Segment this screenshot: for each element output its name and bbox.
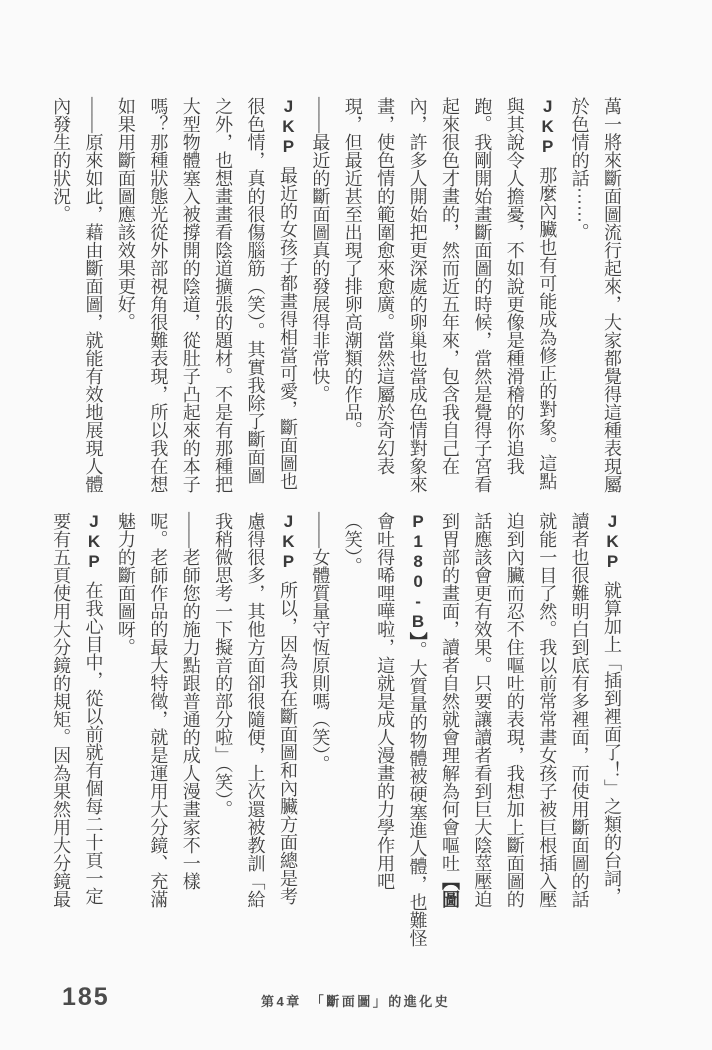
text-column: 大型物體塞入被撐開的陰道，從肚子凸起來的本子 [174, 97, 206, 497]
speaker-label: P180-B [409, 512, 428, 632]
text-segment: ——老師您的施力點跟普通的成人漫畫家不一樣 [181, 512, 201, 890]
text-column: 會吐得唏哩嘩啦，這就是成人漫畫的力學作用吧 [369, 512, 401, 912]
book-page: 萬一將來斷面圖流行起來，大家都覺得這種表現屬於色情的話⋯⋯。JKP那麼內臟也有可… [0, 0, 712, 1050]
text-segment: 【圖 [440, 872, 460, 908]
text-column: ——原來如此，藉由斷面圖，就能有效地展現人體 [77, 97, 109, 497]
text-segment: 到胃部的畫面，讀者自然就會理解為何會嘔吐 [440, 512, 460, 872]
text-column: 讀者也很難明白到底有多裡面，而使用斷面圖的話 [563, 512, 595, 912]
text-segment: 魅力的斷面圖呀。 [116, 512, 136, 656]
text-segment: 畫，使色情的範圍愈來愈廣。當然這屬於奇幻表 [375, 97, 395, 475]
text-column: P180-B】。大質量的物體被硬塞進人體，也難怪 [401, 512, 433, 912]
text-segment: 萬一將來斷面圖流行起來，大家都覺得這種表現屬 [602, 97, 622, 493]
text-segment: （笑）。 [343, 512, 363, 575]
text-segment: 就能一目了然。我以前常常畫女孩子被巨根插入壓 [537, 512, 557, 908]
text-column: 畫，使色情的範圍愈來愈廣。當然這屬於奇幻表 [369, 97, 401, 497]
text-segment: 慮得很多，其他方面卻很隨便，上次還被教訓「給 [246, 512, 266, 908]
text-column: JKP在我心目中，從以前就有個每二十頁一定 [77, 512, 109, 912]
text-segment: 於色情的話⋯⋯。 [570, 97, 590, 241]
text-segment: 與其說令人擔憂，不如說更像是種滑稽的你追我 [505, 97, 525, 475]
text-column: JKP就算加上「插到裡面了！」之類的台詞， [596, 512, 628, 912]
text-column: 與其說令人擔憂，不如說更像是種滑稽的你追我 [498, 97, 530, 497]
text-column: JKP所以，因為我在斷面圖和內臟方面總是考 [272, 512, 304, 912]
text-segment: ——最近的斷面圖真的發展得非常快。 [310, 97, 330, 403]
text-column: JKP最近的女孩子都畫得相當可愛，斷面圖也 [272, 97, 304, 497]
text-segment: 跑。我剛開始畫斷面圖的時候，當然是覺得子宮看 [472, 97, 492, 493]
text-segment: 】 [408, 632, 428, 641]
text-column: 之外，也想畫畫看陰道擴張的題材。不是有那種把 [207, 97, 239, 497]
text-segment: 起來很色才畫的，然而近五年來，包含我自己在 [440, 97, 460, 475]
text-segment: ——原來如此，藉由斷面圖，就能有效地展現人體 [84, 97, 104, 493]
text-column: （笑）。 [336, 512, 368, 912]
text-column: ——老師您的施力點跟普通的成人漫畫家不一樣 [174, 512, 206, 912]
text-column: 跑。我剛開始畫斷面圖的時候，當然是覺得子宮看 [466, 97, 498, 497]
text-column: 很色情，真的很傷腦筋（笑）。其實我除了斷面圖 [239, 97, 271, 497]
text-column: 現，但最近甚至出現了排卵高潮類的作品。 [336, 97, 368, 497]
text-column: 我稍微思考一下擬音的部分啦」（笑）。 [207, 512, 239, 912]
text-segment: 話應該會更有效果。只要讓讀者看到巨大陰莖壓迫 [472, 512, 492, 908]
text-column: 魅力的斷面圖呀。 [110, 512, 142, 912]
text-column: 起來很色才畫的，然而近五年來，包含我自己在 [434, 97, 466, 497]
text-column: 如果用斷面圖應該效果更好。 [110, 97, 142, 497]
top-text-block: 萬一將來斷面圖流行起來，大家都覺得這種表現屬於色情的話⋯⋯。JKP那麼內臟也有可… [45, 97, 628, 497]
text-segment: 讀者也很難明白到底有多裡面，而使用斷面圖的話 [570, 512, 590, 908]
text-segment: ——女體質量守恆原則嗎（笑）。 [310, 512, 330, 773]
speaker-label: JKP [538, 97, 557, 157]
text-column: ——女體質量守恆原則嗎（笑）。 [304, 512, 336, 912]
text-segment: 會吐得唏哩嘩啦，這就是成人漫畫的力學作用吧 [375, 512, 395, 890]
text-segment: 內，許多人開始把更深處的卵巢也當成色情對象來 [408, 97, 428, 493]
text-column: 到胃部的畫面，讀者自然就會理解為何會嘔吐【圖 [434, 512, 466, 912]
text-column: 要有五頁使用大分鏡的規矩。因為果然用大分鏡最 [45, 512, 77, 912]
text-segment: 就算加上「插到裡面了！」之類的台詞， [602, 581, 622, 905]
text-segment: 大型物體塞入被撐開的陰道，從肚子凸起來的本子 [181, 97, 201, 493]
text-segment: 呢。老師作品的最大特徵，就是運用大分鏡、充滿 [148, 512, 168, 908]
speaker-label: JKP [279, 97, 298, 157]
text-segment: 現，但最近甚至出現了排卵高潮類的作品。 [343, 97, 363, 439]
text-segment: 最近的女孩子都畫得相當可愛，斷面圖也 [278, 166, 298, 490]
text-column: 內發生的狀況。 [45, 97, 77, 497]
text-column: 就能一目了然。我以前常常畫女孩子被巨根插入壓 [531, 512, 563, 912]
speaker-label: JKP [279, 512, 298, 572]
speaker-label: JKP [603, 512, 622, 572]
speaker-label: JKP [85, 512, 104, 572]
text-segment: 如果用斷面圖應該效果更好。 [116, 97, 136, 331]
text-column: JKP那麼內臟也有可能成為修正的對象。這點 [531, 97, 563, 497]
text-segment: 迫到內臟而忍不住嘔吐的表現，我想加上斷面圖的 [505, 512, 525, 908]
text-segment: 那麼內臟也有可能成為修正的對象。這點 [537, 166, 557, 490]
text-segment: 要有五頁使用大分鏡的規矩。因為果然用大分鏡最 [51, 512, 71, 908]
text-segment: 很色情，真的很傷腦筋（笑）。其實我除了斷面圖 [246, 97, 266, 484]
text-column: 萬一將來斷面圖流行起來，大家都覺得這種表現屬 [596, 97, 628, 497]
text-column: 於色情的話⋯⋯。 [563, 97, 595, 497]
text-column: 內，許多人開始把更深處的卵巢也當成色情對象來 [401, 97, 433, 497]
text-segment: 之外，也想畫畫看陰道擴張的題材。不是有那種把 [213, 97, 233, 493]
text-segment: 嗎？那種狀態光從外部視角很難表現，所以我在想 [148, 97, 168, 493]
bottom-text-block: JKP就算加上「插到裡面了！」之類的台詞，讀者也很難明白到底有多裡面，而使用斷面… [45, 512, 628, 912]
text-column: 嗎？那種狀態光從外部視角很難表現，所以我在想 [142, 97, 174, 497]
text-column: 話應該會更有效果。只要讓讀者看到巨大陰莖壓迫 [466, 512, 498, 912]
chapter-title: 第4章 「斷面圖」的進化史 [261, 991, 450, 1010]
text-column: 呢。老師作品的最大特徵，就是運用大分鏡、充滿 [142, 512, 174, 912]
text-segment: 在我心目中，從以前就有個每二十頁一定 [84, 581, 104, 905]
page-number: 185 [62, 983, 110, 1012]
text-column: 迫到內臟而忍不住嘔吐的表現，我想加上斷面圖的 [498, 512, 530, 912]
text-column: ——最近的斷面圖真的發展得非常快。 [304, 97, 336, 497]
text-segment: 內發生的狀況。 [51, 97, 71, 223]
text-segment: 所以，因為我在斷面圖和內臟方面總是考 [278, 581, 298, 905]
text-segment: 我稍微思考一下擬音的部分啦」（笑）。 [213, 512, 233, 818]
text-column: 慮得很多，其他方面卻很隨便，上次還被教訓「給 [239, 512, 271, 912]
text-segment: 。大質量的物體被硬塞進人體，也難怪 [408, 641, 428, 947]
